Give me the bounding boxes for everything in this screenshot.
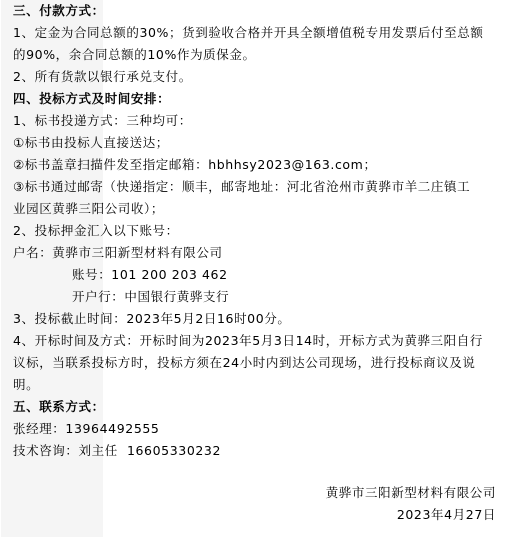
delivery-method-1: ①标书由投标人直接送达； (13, 132, 169, 154)
delivery-method-2: ②标书盖章扫描件发至指定邮箱：hbhhsy2023@163.com； (13, 154, 377, 176)
payment-item-2: 2、所有货款以银行承兑支付。 (13, 66, 192, 88)
bidding-item-4-cont2: 明。 (13, 374, 39, 396)
section-heading-payment: 三、付款方式： (13, 0, 105, 22)
payment-item-1: 1、定金为合同总额的30%；货到验收合格并开具全额增值税专用发票后付至总额 (13, 22, 483, 44)
contact-technical: 技术咨询：刘主任 16605330232 (13, 440, 221, 462)
bidding-item-1: 1、标书投递方式：三种均可： (13, 110, 192, 132)
delivery-method-3: ③标书通过邮寄（快递指定：顺丰，邮寄地址：河北省沧州市黄骅市羊二庄镇工 (13, 176, 470, 198)
bidding-item-4: 4、开标时间及方式：开标时间为2023年5月3日14时，开标方式为黄骅三阳自行 (13, 330, 483, 352)
bidding-item-2: 2、投标押金汇入以下账号： (13, 220, 179, 242)
section-heading-contact: 五、联系方式： (13, 396, 105, 418)
signature-company: 黄骅市三阳新型材料有限公司 (326, 482, 496, 504)
signature-date: 2023年4月27日 (397, 504, 496, 526)
section-heading-bidding: 四、投标方式及时间安排： (13, 88, 170, 110)
account-name: 户名：黄骅市三阳新型材料有限公司 (13, 242, 223, 264)
payment-item-1-cont: 的90%，余合同总额的10%作为质保金。 (13, 44, 256, 66)
account-number: 账号：101 200 203 462 (72, 264, 228, 286)
bank-branch: 开户行：中国银行黄骅支行 (72, 286, 229, 308)
bidding-item-4-cont: 议标，当联系投标方时，投标方须在24小时内到达公司现场，进行投标商议及说 (13, 352, 476, 374)
delivery-method-3-cont: 业园区黄骅三阳公司收）； (13, 198, 164, 220)
bidding-item-3-deadline: 3、投标截止时间：2023年5月2日16时00分。 (13, 308, 290, 330)
contact-manager: 张经理：13964492555 (13, 418, 159, 440)
